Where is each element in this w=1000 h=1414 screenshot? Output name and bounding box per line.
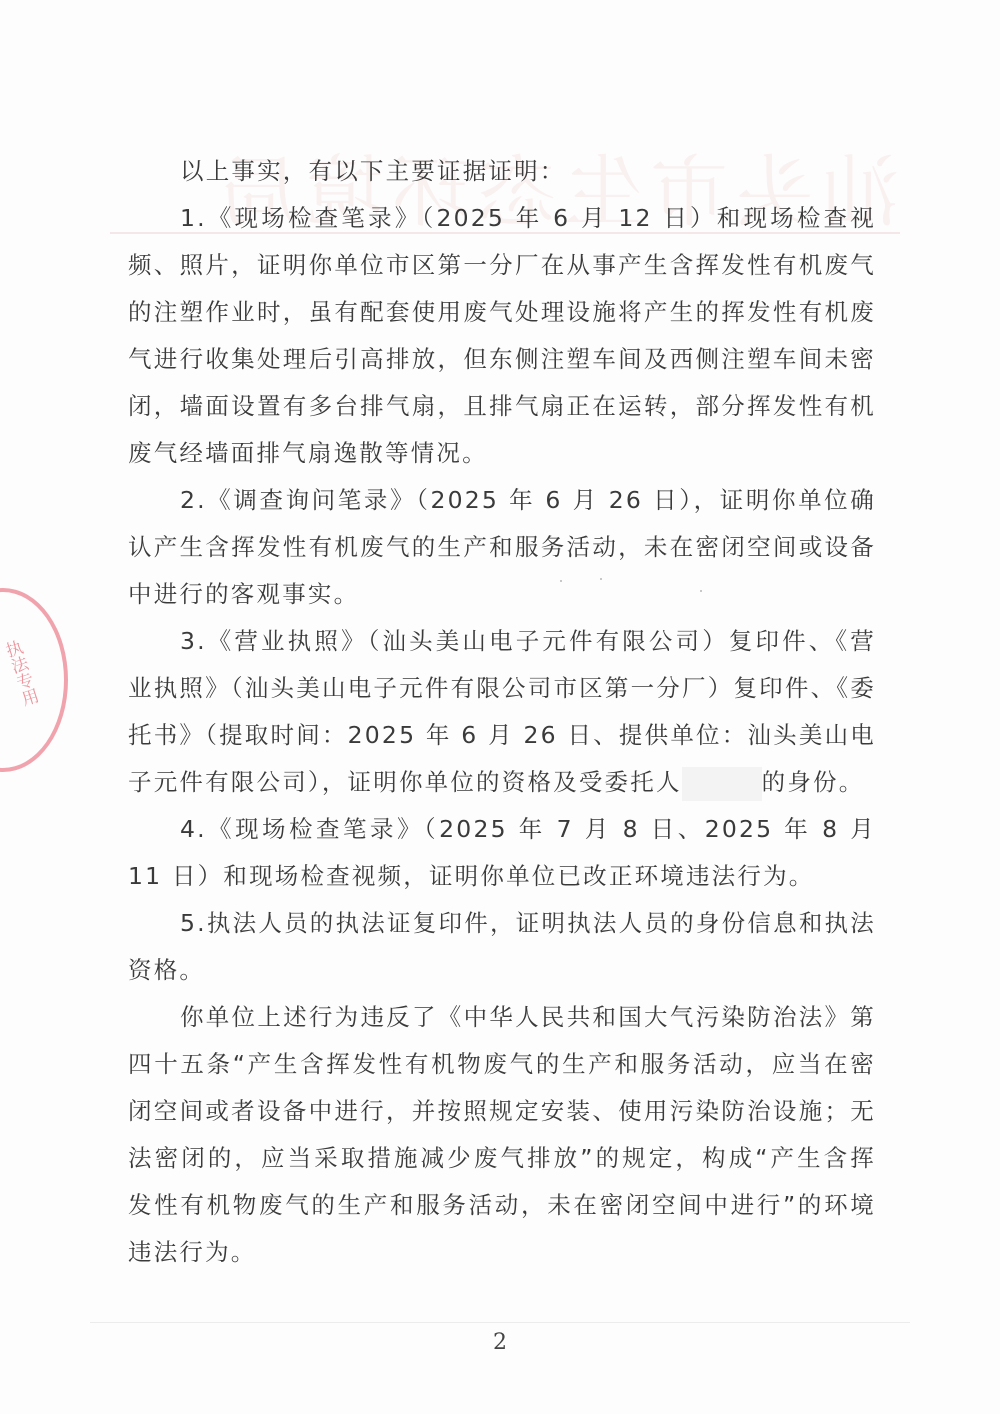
document-page: 汕头市生态环境局 执法专用 以上事实，有以下主要证据证明： 1.《现场检查笔录》… <box>0 0 1000 1414</box>
footer-rule <box>90 1322 910 1323</box>
page-number: 2 <box>0 1330 1000 1355</box>
scan-speckle <box>560 580 562 582</box>
evidence-3-text-after: 的身份。 <box>762 768 865 796</box>
paragraph-evidence-4: 4.《现场检查笔录》（2025 年 7 月 8 日、2025 年 8 月 11 … <box>128 806 876 900</box>
redacted-name-block <box>682 767 762 801</box>
paragraph-evidence-2: 2.《调查询问笔录》（2025 年 6 月 26 日），证明你单位确认产生含挥发… <box>128 477 876 618</box>
paragraph-intro: 以上事实，有以下主要证据证明： <box>128 148 876 195</box>
paragraph-evidence-5: 5.执法人员的执法证复印件，证明执法人员的身份信息和执法资格。 <box>128 900 876 994</box>
document-body: 以上事实，有以下主要证据证明： 1.《现场检查笔录》（2025 年 6 月 12… <box>128 148 876 1276</box>
paragraph-evidence-1: 1.《现场检查笔录》（2025 年 6 月 12 日）和现场检查视频、照片，证明… <box>128 195 876 477</box>
paragraph-evidence-3: 3.《营业执照》（汕头美山电子元件有限公司）复印件、《营业执照》（汕头美山电子元… <box>128 618 876 806</box>
scan-speckle <box>700 590 702 592</box>
paragraph-violation: 你单位上述行为违反了《中华人民共和国大气污染防治法》第四十五条“产生含挥发性有机… <box>128 994 876 1276</box>
scan-speckle <box>600 578 602 580</box>
